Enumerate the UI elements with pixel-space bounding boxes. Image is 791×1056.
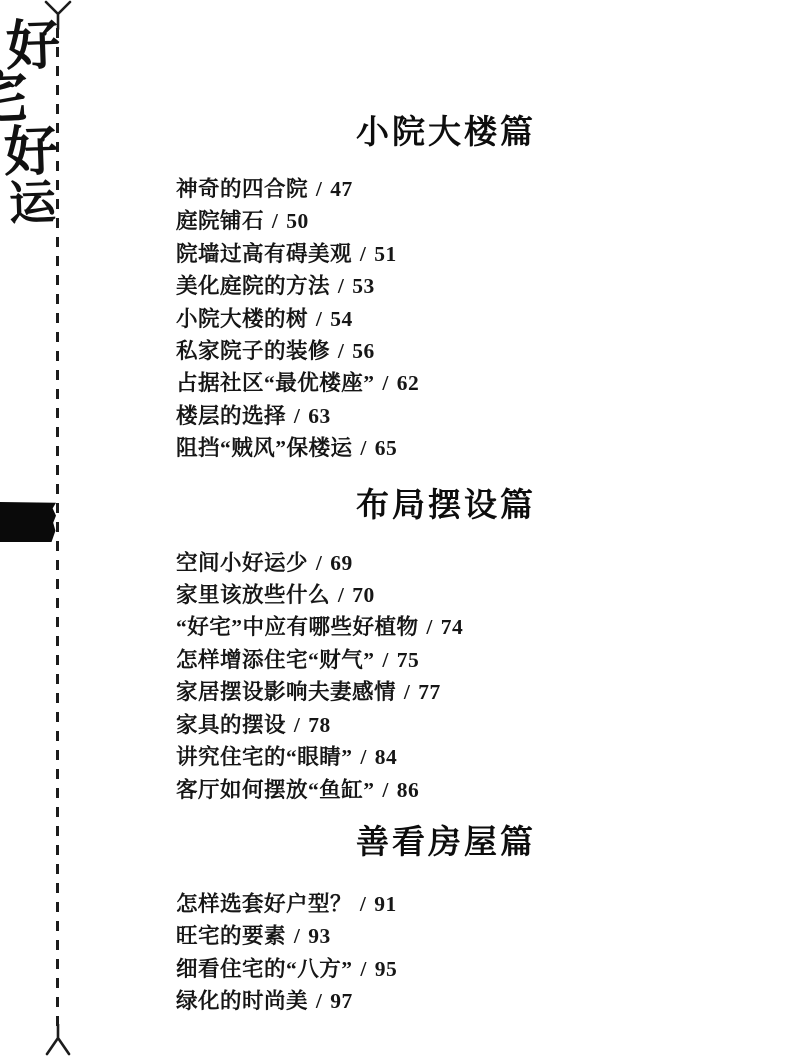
entry-page-number: 75 [397,648,420,672]
toc-sections: 小院大楼篇神奇的四合院 / 47庭院铺石 / 50院墙过高有碍美观 / 51美化… [176,108,716,1018]
entry-separator: / [330,339,352,363]
section-title: 善看房屋篇 [176,818,716,866]
entry-page-number: 77 [418,680,441,704]
entry-title: 家里该放些什么 [176,583,330,607]
spine-title-char: 宅 [0,67,29,127]
toc-entry: 神奇的四合院 / 47 [176,173,716,205]
toc-entry: 美化庭院的方法 / 53 [176,270,716,302]
entry-title: 美化庭院的方法 [176,274,330,298]
entry-page-number: 63 [308,404,331,428]
toc-entry: 庭院铺石 / 50 [176,205,716,237]
entry-page-number: 70 [352,583,375,607]
entry-separator: / [308,307,330,331]
entry-title: 占据社区“最优楼座” [176,371,375,395]
entry-separator: / [286,713,308,737]
entry-page-number: 51 [374,242,397,266]
entry-separator: / [353,957,375,981]
crop-fork-down-icon [40,1024,76,1056]
entry-page-number: 62 [397,371,420,395]
entry-separator: / [375,648,397,672]
entry-title: 怎样选套好户型？ [176,892,352,916]
toc-entry-list: 怎样选套好户型？ / 91旺宅的要素 / 93细看住宅的“八方” / 95绿化的… [176,888,716,1018]
entry-title: “好宅”中应有哪些好植物 [176,615,419,639]
entry-title: 楼层的选择 [176,404,286,428]
entry-title: 家具的摆设 [176,713,286,737]
entry-separator: / [352,892,374,916]
entry-title: 空间小好运少 [176,551,308,575]
entry-separator: / [353,745,375,769]
entry-page-number: 95 [375,957,398,981]
toc-entry-list: 神奇的四合院 / 47庭院铺石 / 50院墙过高有碍美观 / 51美化庭院的方法… [176,173,716,465]
section-title: 小院大楼篇 [176,108,716,156]
spine-title-char: 运 [8,179,57,228]
toc-content-column: 小院大楼篇神奇的四合院 / 47庭院铺石 / 50院墙过高有碍美观 / 51美化… [176,0,716,1018]
entry-page-number: 50 [286,209,309,233]
toc-entry: 讲究住宅的“眼睛” / 84 [176,741,716,773]
entry-separator: / [353,436,375,460]
toc-entry: 绿化的时尚美 / 97 [176,985,716,1017]
entry-page-number: 93 [308,924,331,948]
toc-section: 小院大楼篇神奇的四合院 / 47庭院铺石 / 50院墙过高有碍美观 / 51美化… [176,108,716,465]
toc-entry: 家具的摆设 / 78 [176,709,716,741]
entry-title: 细看住宅的“八方” [176,957,353,981]
toc-section: 善看房屋篇怎样选套好户型？ / 91旺宅的要素 / 93细看住宅的“八方” / … [176,818,716,1018]
spine-title-char: 好 [3,123,59,179]
entry-title: 私家院子的装修 [176,339,330,363]
entry-page-number: 65 [375,436,398,460]
entry-title: 讲究住宅的“眼睛” [176,745,353,769]
entry-title: 庭院铺石 [176,209,264,233]
thumb-index-tab [0,502,56,542]
toc-entry: 空间小好运少 / 69 [176,547,716,579]
toc-entry: 小院大楼的树 / 54 [176,303,716,335]
entry-title: 院墙过高有碍美观 [176,242,352,266]
entry-page-number: 53 [352,274,375,298]
entry-page-number: 97 [330,989,353,1013]
toc-entry: 院墙过高有碍美观 / 51 [176,238,716,270]
entry-title: 阻挡“贼风”保楼运 [176,436,353,460]
toc-entry: 怎样选套好户型？ / 91 [176,888,716,920]
entry-separator: / [375,778,397,802]
entry-title: 客厅如何摆放“鱼缸” [176,778,375,802]
entry-separator: / [286,404,308,428]
toc-entry: 楼层的选择 / 63 [176,400,716,432]
entry-separator: / [396,680,418,704]
toc-entry: 客厅如何摆放“鱼缸” / 86 [176,774,716,806]
entry-title: 神奇的四合院 [176,177,308,201]
entry-separator: / [330,583,352,607]
toc-entry: 私家院子的装修 / 56 [176,335,716,367]
entry-page-number: 86 [397,778,420,802]
toc-entry-list: 空间小好运少 / 69家里该放些什么 / 70“好宅”中应有哪些好植物 / 74… [176,547,716,806]
toc-entry: “好宅”中应有哪些好植物 / 74 [176,611,716,643]
entry-separator: / [330,274,352,298]
entry-separator: / [286,924,308,948]
toc-section: 布局摆设篇空间小好运少 / 69家里该放些什么 / 70“好宅”中应有哪些好植物… [176,481,716,806]
entry-title: 绿化的时尚美 [176,989,308,1013]
entry-page-number: 78 [308,713,331,737]
entry-page-number: 54 [330,307,353,331]
entry-title: 家居摆设影响夫妻感情 [176,680,396,704]
section-title: 布局摆设篇 [176,481,716,529]
entry-separator: / [419,615,441,639]
book-spine-title: 好宅好运 [0,0,70,260]
toc-entry: 占据社区“最优楼座” / 62 [176,367,716,399]
entry-page-number: 91 [374,892,397,916]
toc-entry: 家里该放些什么 / 70 [176,579,716,611]
entry-page-number: 56 [352,339,375,363]
entry-separator: / [308,989,330,1013]
entry-separator: / [264,209,286,233]
entry-separator: / [375,371,397,395]
entry-separator: / [308,177,330,201]
entry-title: 怎样增添住宅“财气” [176,648,375,672]
entry-page-number: 47 [330,177,353,201]
toc-entry: 家居摆设影响夫妻感情 / 77 [176,676,716,708]
entry-title: 旺宅的要素 [176,924,286,948]
entry-page-number: 69 [330,551,353,575]
entry-page-number: 84 [375,745,398,769]
toc-entry: 怎样增添住宅“财气” / 75 [176,644,716,676]
entry-page-number: 74 [441,615,464,639]
toc-entry: 细看住宅的“八方” / 95 [176,953,716,985]
entry-title: 小院大楼的树 [176,307,308,331]
toc-entry: 阻挡“贼风”保楼运 / 65 [176,432,716,464]
toc-entry: 旺宅的要素 / 93 [176,920,716,952]
entry-separator: / [352,242,374,266]
entry-separator: / [308,551,330,575]
